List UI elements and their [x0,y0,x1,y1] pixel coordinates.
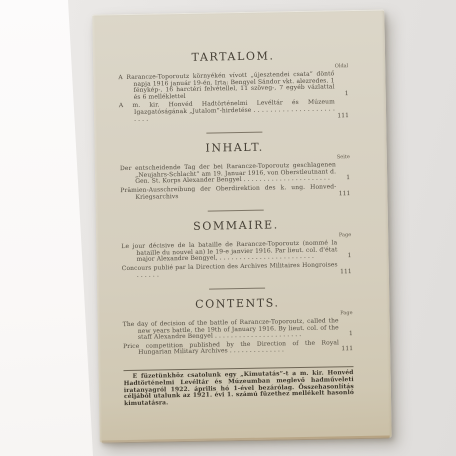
entry-text: Concours publié par la Direction des Arc… [122,262,338,279]
entry-page-number: 1 [348,253,352,260]
section-heading: SOMMAIRE. [121,218,351,233]
section-heading: TARTALOM. [118,49,348,64]
toc-entry: A m. kir. Honvéd Hadtörténelmi Levéltár … [119,99,349,123]
toc-section-german: INHALT. Seite Der entscheidende Tag der … [120,140,351,201]
entry-page-number: 1 [345,91,349,98]
section-divider [208,210,264,212]
section-divider [209,288,265,290]
entry-text: Prämien-Ausschreibung der Oberdirektion … [120,184,336,201]
book-page: TARTALOM. Oldal A Rarancze-Toporoutz kör… [92,9,391,442]
section-heading: CONTENTS. [122,296,352,311]
toc-section-english: CONTENTS. Page The day of decision of th… [122,296,353,357]
entry-page-number: 111 [341,347,353,354]
toc-entry: Der entscheidende Tag der bei Rarancze-T… [120,162,350,186]
entry-page-number: 1 [349,331,353,338]
toc-entry: Concours publié par la Direction des Arc… [122,262,352,279]
entry-text: The day of decision of the battle of Rar… [123,318,339,342]
entry-page-number: 1 [346,175,350,182]
entry-text: Price competition published by the Direc… [123,340,339,357]
toc-entry: A Rarancze-Toporoutz környékén vívott „ú… [118,71,348,101]
publisher-note: E füzetünkhöz csatolunk egy „Kimutatás”-… [123,366,354,408]
toc-section-french: SOMMAIRE. Page Le jour décisive de la ba… [121,218,352,279]
entry-text: A Rarancze-Toporoutz környékén vívott „ú… [118,71,334,101]
toc-entry: Le jour décisive de la bataille de Raran… [121,240,351,264]
section-divider [206,132,262,134]
entry-text: Le jour décisive de la bataille de Raran… [121,240,337,264]
entry-text: Der entscheidende Tag der bei Rarancze-T… [120,163,336,187]
entry-page-number: 111 [339,191,351,198]
toc-entry: Price competition published by the Direc… [123,340,353,357]
toc-section-hungarian: TARTALOM. Oldal A Rarancze-Toporoutz kör… [118,49,349,123]
section-heading: INHALT. [120,140,350,155]
entry-page-number: 111 [337,113,349,120]
entry-page-number: 111 [340,269,352,276]
toc-entry: Prämien-Ausschreibung der Oberdirektion … [120,184,350,201]
toc-entry: The day of decision of the battle of Rar… [123,318,353,342]
entry-text: A m. kir. Honvéd Hadtörténelmi Levéltár … [119,100,335,124]
page-content: TARTALOM. Oldal A Rarancze-Toporoutz kör… [92,9,391,442]
